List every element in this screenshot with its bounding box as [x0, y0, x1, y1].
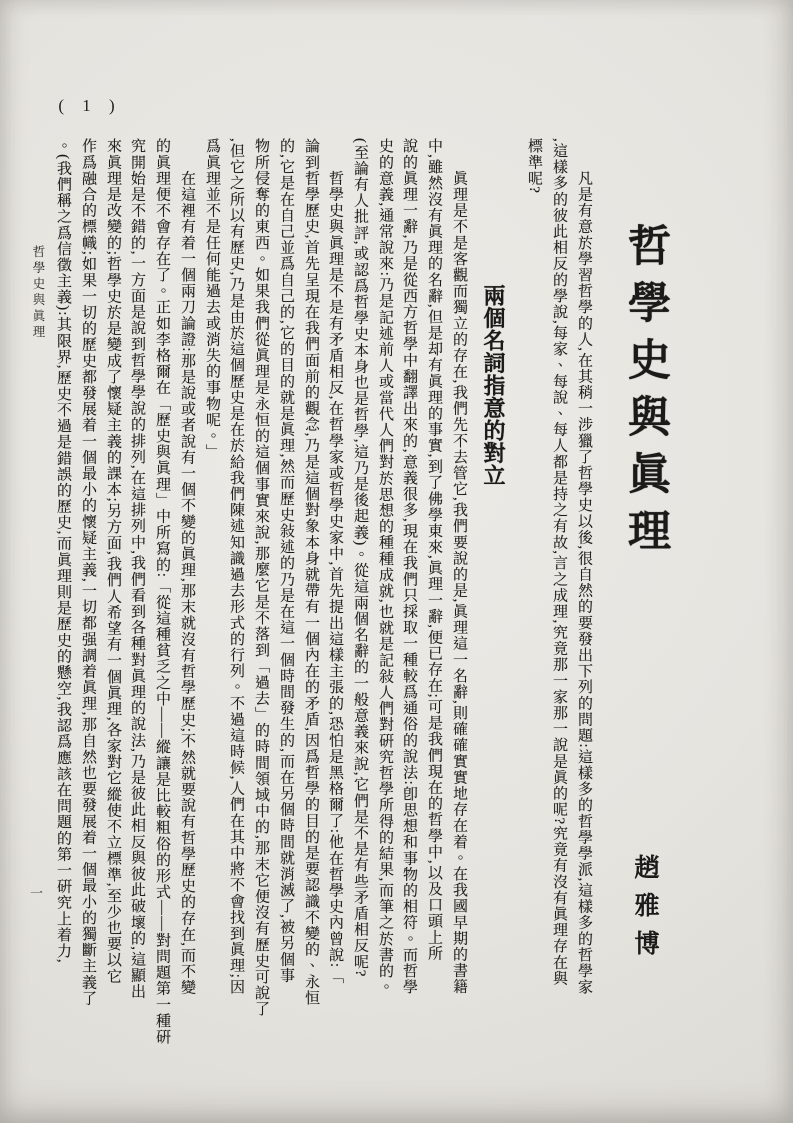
body-column: 的眞理便不會存在了。正如李格爾在「歷史與眞理」中所寫的:「從這種貧乏之中——縱讓… — [151, 138, 173, 1056]
body-column: 在這裡有着一個兩刀論證:那是說或者說有一個不變的眞理,那末就沒有哲學歷史;不然就… — [176, 138, 198, 1056]
body-column: 史的意義,通常說來:乃是記述前人或當代人們對於思想的種種成就,也就是記敍人們對硏… — [374, 138, 396, 1056]
body-column: (至論有人批評,或認爲哲學史本身也是哲學,這乃是後起義)。從這兩個名辭的一般意義… — [349, 138, 371, 1056]
margin-title-label: 哲學史與眞理 — [28, 245, 48, 355]
intro-column: 凡是有意於學習哲學的人,在其稍一涉獵了哲學史以後,很自然的要發出下列的問題:這樣… — [573, 138, 595, 1056]
body-column: 的,它是在自己並爲自己的,它的目的就是眞理,然而歷史敍述的乃是在這一個時間發生的… — [275, 138, 297, 1056]
body-column: 中,雖然沒有眞理的名辭,但是却有眞理的事實,到了佛學東來,眞理一辭,便已存在;可… — [423, 138, 445, 1056]
body-column: 物所侵奪的東西。如果我們從眞理是永恒的這個事實來說,那麼它是不落到「過去」的時間… — [250, 138, 272, 1056]
article-title: 哲學史與眞理 — [616, 223, 674, 588]
intro-column: ,這樣多的彼此相反的學說,每家、每說、每人都是持之有故,言之成理,究竟那一家那一… — [548, 138, 570, 1056]
folio-page-number: 一 — [25, 886, 45, 910]
body-column: 眞理是不是客觀而獨立的存在,我們先不去管它,我們要說的是,眞理這一名辭,則確確實… — [448, 138, 470, 1056]
body-column: 論到哲學歷史,首先呈現在我們面前的觀念,乃是這個對象本身就帶有一個內在的矛盾,因… — [300, 138, 322, 1056]
section-heading: 兩個名詞指意的對立 — [477, 284, 509, 494]
body-column: 作爲融合的標幟;如果一切的歷史都發展着一個最小的懷疑主義,一切都强調着眞理,那自… — [77, 138, 99, 1056]
body-column: 。(我們稱之爲信徵主義):其限界,歷史不過是錯誤的歷史,而眞理則是歷史的懸空,我… — [52, 138, 74, 1056]
body-column: 說的眞理一辭,乃是從西方哲學中翻譯出來的,意義很多,現在我們只採取一種較爲通俗的… — [398, 138, 420, 1056]
page-number-header: ( 1 ) — [48, 96, 132, 116]
page-sheet: ( 1 ) 哲學史與眞理 趙雅博 凡是有意於學習哲學的人,在其稍一涉獵了哲學史以… — [0, 0, 793, 1123]
body-column: 哲學史與眞理是不是有矛盾相反,在哲學家或哲學史家中,首先提出這樣主張的,恐怕是黑… — [324, 138, 346, 1056]
body-column: 爲眞理並不是任何能過去或消失的事物呢。」 — [201, 138, 223, 1056]
body-column: ,但它之所以有歷史,乃是由於這個歷史是在於給我們陳述知識過去形式的行列。不過這時… — [225, 138, 247, 1056]
article-author: 趙雅博 — [624, 854, 664, 984]
intro-column: 標準呢? — [523, 138, 545, 1056]
body-column: 來眞理是改變的;哲學史於是變成了懷疑主義的課本;另方面,我們人希望有一個眞理,各… — [102, 138, 124, 1056]
body-column: 究開始是不錯的,一方面是說到哲學學說的排列,在這排列中,我們看到各種對眞理的說法… — [126, 138, 148, 1056]
